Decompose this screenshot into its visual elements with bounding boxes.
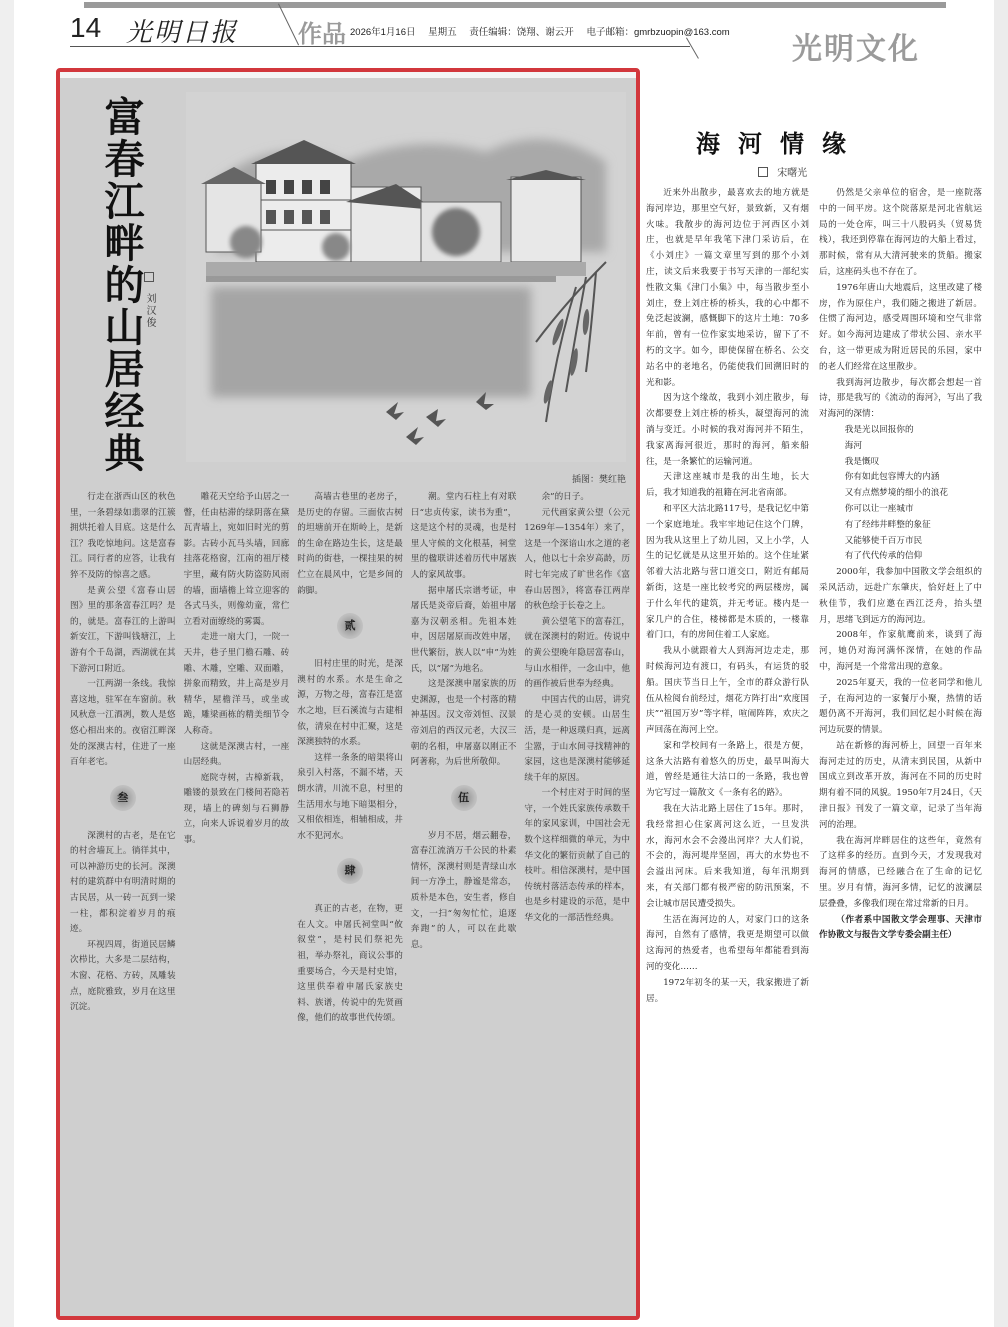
right-column-1: 近来外出散步，最喜欢去的地方就是海河岸边，那里空气好，景致新，又有烟火味。我散步… — [646, 186, 809, 1326]
section-badge-label: 肆 — [337, 858, 363, 884]
poem-line: 你可以让一座城市 — [819, 502, 982, 518]
paragraph: 近来外出散步，最喜欢去的地方就是海河岸边，那里空气好，景致新，又有烟火味。我散步… — [646, 186, 809, 391]
poem-line: 我是慨叹 — [819, 455, 982, 471]
byline-box-icon — [758, 167, 768, 177]
paragraph: 是黄公望《富春山居图》里的那条富春江吗？是的，就是。富春江的上游叫新安江，下游叫… — [70, 584, 176, 678]
poem-line: 我是光以回报你的 — [819, 423, 982, 439]
section-badge: 伍 — [411, 785, 517, 811]
illustration-credit: 插图：樊红艳 — [572, 472, 626, 485]
issue-weekday: 星期五 — [428, 27, 457, 38]
feature-column-3: 高墙古巷里的老房子，是历史的存留。三面依古树的坦塘前开在斯岭上，是新的生命在路边… — [297, 490, 403, 1316]
header-divider — [278, 4, 299, 46]
article-title: 富春江畔的山居经典 — [96, 96, 146, 474]
paragraph: 2000年，我参加中国散文学会组织的采风活动，远赴广东肇庆，恰好赶上了中秋佳节，… — [819, 565, 982, 628]
paragraph: 这就是深澳古村，一座山居经典。 — [184, 740, 290, 771]
right-article[interactable]: 海河情缘 宋曙光 近来外出散步，最喜欢去的地方就是海河岸边，那里空气好，景致新，… — [640, 68, 984, 1327]
paragraph: 和平区大沽北路117号，是我记忆中第一个家庭地址。我牢牢地记住这个门牌，因为我从… — [646, 502, 809, 644]
section-badge: 肆 — [297, 858, 403, 884]
paragraph: 站在新修的海河桥上，回望一百年来海河走过的历史，从清末到民国，从新中国成立到改革… — [819, 739, 982, 834]
paragraph: 真正的古老，在物，更在人文。申屠氏祠堂叫“攸叙堂”，是村民们祭祀先祖，举办祭礼，… — [297, 902, 403, 1027]
paragraph: 天津这座城市是我的出生地，长大后，我才知道我的祖籍在河北省南部。 — [646, 470, 809, 502]
ink-landscape-illustration — [186, 92, 626, 462]
paragraph: 2025年夏天，我的一位老同学和他儿子，在海河边的一家餐厅小聚，热情的话题仍离不… — [819, 676, 982, 739]
paragraph: 庭院寺树，古樟新栽，雕镂的景致在门楼间若隐若现，墙上的碑刻与石狮静立，向来人诉说… — [184, 771, 290, 849]
paragraph: 1976年唐山大地震后，这里改建了楼房，作为原住户，我们随之搬进了新居。住惯了海… — [819, 281, 982, 376]
paragraph: 雕花天空给予山居之一瞥，任由枯滞的绿阴落在黛瓦青墙上，宛如旧时光的剪影。古砖小瓦… — [184, 490, 290, 630]
poem-line: 又能够使千百万市民 — [819, 534, 982, 550]
paragraph: 这样一条条的暗渠将山泉引入村落，不漏不堵，天朗水清，川流不息，村里的生活用水与地… — [297, 751, 403, 845]
poem-line: 你有如此包容博大的内涵 — [819, 470, 982, 486]
page-left-margin — [0, 0, 14, 1327]
article-byline: 刘汉俊 — [142, 272, 157, 329]
paragraph: 2008年，作家航鹰前来，谈到了海河，她仍对海河满怀深情，在她的作品中，海河是一… — [819, 628, 982, 675]
editors: 责任编辑：饶翔、谢云开 — [469, 27, 574, 38]
poem-line: 又有点燃梦境的细小的浪花 — [819, 486, 982, 502]
paragraph: 环视四周，街道民居鳞次栉比，大多是二层结构，木窗、花格、方砖，凤雕装点，庭院雅致… — [70, 938, 176, 1016]
section-badge-label: 贰 — [337, 613, 363, 639]
feature-article[interactable]: 富春江畔的山居经典 刘汉俊 — [56, 68, 640, 1320]
author-name: 宋曙光 — [777, 168, 807, 179]
feature-column-2: 雕花天空给予山居之一瞥，任由枯滞的绿阴落在黛瓦青墙上，宛如旧时光的剪影。古砖小瓦… — [184, 490, 290, 1316]
paragraph: 岁月不居，烟云翻卷，富春江流淌万千公民的朴素情怀，深澳村则是青绿山水间一方净土，… — [411, 829, 517, 954]
paragraph: 家和学校间有一条路上，很是方便，这条大沽路有着悠久的历史，最早叫海大道，曾经是通… — [646, 739, 809, 802]
author-note: （作者系中国散文学会理事、天津市作协散文与报告文学专委会副主任） — [819, 913, 982, 945]
header-bar — [84, 2, 946, 8]
header-meta: 2026年1月16日 星期五 责任编辑：饶翔、谢云开 电子邮箱：gmrbzuop… — [350, 24, 740, 38]
paragraph: 余”的日子。 — [524, 490, 630, 506]
page-number: 14 — [70, 12, 101, 44]
paragraph: 我在海河岸畔居住的这些年，竟然有了这样多的经历。直到今天，才发现我对海河的情感，… — [819, 834, 982, 913]
paragraph: 一个村庄对于时间的坚守，一个姓氏家族传承数千年的家风家训，中国社会无数个这样细微… — [524, 786, 630, 926]
paragraph: 元代画家黄公望（公元1269年—1354年）来了，这是一个深谙山水之道的老人，他… — [524, 506, 630, 615]
section-badge-label: 叁 — [110, 785, 136, 811]
paragraph: 旧村庄里的时光，是深澳村的水系。水是生命之源，万物之母，富春江是富水之地，巨石溪… — [297, 657, 403, 751]
editor-email: 电子邮箱：gmrbzuopin@163.com — [586, 27, 729, 38]
newspaper-logo: 光明日报 — [126, 12, 238, 49]
poem-line: 有了代代传承的信仰 — [819, 549, 982, 565]
paragraph: 我在大沽北路上居住了15年。那时，我经常担心住家离河这么近，一旦发洪水，海河水会… — [646, 802, 809, 913]
paragraph: 走进一扇大门，一院一天井，巷子里门檐石雕、砖雕、木雕，空雕、双面雕，拼象而精致，… — [184, 630, 290, 739]
paragraph: 我从小就跟着大人到海河边走走，那时候海河边有渡口，有码头，有运货的驳船。国庆节当… — [646, 644, 809, 739]
paragraph: 据申屠氏宗谱考证，申屠氏是炎帝后裔，始祖申屠嘉为汉朝丞相。先祖本姓申，因居屠原而… — [411, 584, 517, 678]
section-badge-label: 伍 — [451, 785, 477, 811]
paragraph: 因为这个缘故，我到小刘庄散步，每次都要登上刘庄桥的桥头，凝望海河的流淌与变迁。小… — [646, 391, 809, 470]
right-article-byline: 宋曙光 — [758, 164, 807, 179]
author-name: 刘汉俊 — [144, 293, 155, 329]
section-badge: 贰 — [297, 613, 403, 639]
right-article-title: 海河情缘 — [696, 124, 864, 159]
poem-line: 有了经纬井畔整的象征 — [819, 518, 982, 534]
feature-body: 行走在浙西山区的秋色里，一条碧绿如翡翠的江簇拥烘托着人目底。这是什么江？我吃惊地… — [70, 490, 630, 1316]
header-rule — [70, 46, 690, 47]
feature-column-4: 潮。堂内石柱上有对联曰“忠贞传家，读书为重”，这是这个村的灵魂，也是村里人守候的… — [411, 490, 517, 1316]
paragraph: 仍然是父亲单位的宿舍，是一座院落中的一间平房。这个院落原是河北省航运局的一处仓库… — [819, 186, 982, 281]
paragraph: 中国古代的山居，讲究的是心灵的安顿。山居生活，是一种返璞归真，远离尘嚣，于山水间… — [524, 693, 630, 787]
paragraph: 高墙古巷里的老房子，是历史的存留。三面依古树的坦塘前开在斯岭上，是新的生命在路边… — [297, 490, 403, 599]
paragraph: 一江两湖一条线。我惊喜这地，驻军在车窗前。秋风秋意一江酒冽，数人是悠悠心相出来的… — [70, 677, 176, 771]
feature-column-5: 余”的日子。 元代画家黄公望（公元1269年—1354年）来了，这是一个深谙山水… — [524, 490, 630, 1316]
scrollbar-track[interactable] — [994, 0, 1008, 1327]
paragraph: 潮。堂内石柱上有对联曰“忠贞传家，读书为重”，这是这个村的灵魂，也是村里人守候的… — [411, 490, 517, 584]
page-header: 14 光明日报 作品 2026年1月16日 星期五 责任编辑：饶翔、谢云开 电子… — [70, 10, 946, 48]
section-badge: 叁 — [70, 785, 176, 811]
byline-box-icon — [144, 272, 154, 282]
feature-column-1: 行走在浙西山区的秋色里，一条碧绿如翡翠的江簇拥烘托着人目底。这是什么江？我吃惊地… — [70, 490, 176, 1316]
feature-top-strip — [60, 72, 636, 78]
paragraph: 深澳村的古老，是在它的村舍墙瓦上。徜徉其中，可以神游历史的长河。深澳村的建筑群中… — [70, 829, 176, 938]
paragraph: 我到海河边散步，每次都会想起一首诗，那是我写的《流动的海河》，写出了我对海河的深… — [819, 376, 982, 423]
right-article-body: 近来外出散步，最喜欢去的地方就是海河岸边，那里空气好，景致新，又有烟火味。我散步… — [646, 186, 982, 1326]
paragraph: 这是深澳申屠家族的历史渊源，也是一个村落的精神基因。汉文帝刘恒、汉景帝刘启的西汉… — [411, 677, 517, 771]
section-name: 作品 — [298, 14, 346, 49]
paragraph: 1972年初冬的某一天，我家搬进了新居。 — [646, 976, 809, 1008]
poem: 我是光以回报你的 海河 我是慨叹 你有如此包容博大的内涵 又有点燃梦境的细小的浪… — [819, 423, 982, 565]
right-column-2: 仍然是父亲单位的宿舍，是一座院落中的一间平房。这个院落原是河北省航运局的一处仓库… — [819, 186, 982, 1326]
paragraph: 黄公望笔下的富春江，就在深澳村的附近。传说中的黄公望晚年隐居富春山，与山水相伴，… — [524, 615, 630, 693]
issue-date: 2026年1月16日 — [350, 27, 415, 38]
paragraph: 生活在海河边的人，对家门口的这条海河，自然有了感情，我更是期望可以做这海河的热爱… — [646, 913, 809, 976]
poem-line: 海河 — [819, 439, 982, 455]
paragraph: 行走在浙西山区的秋色里，一条碧绿如翡翠的江簇拥烘托着人目底。这是什么江？我吃惊地… — [70, 490, 176, 584]
